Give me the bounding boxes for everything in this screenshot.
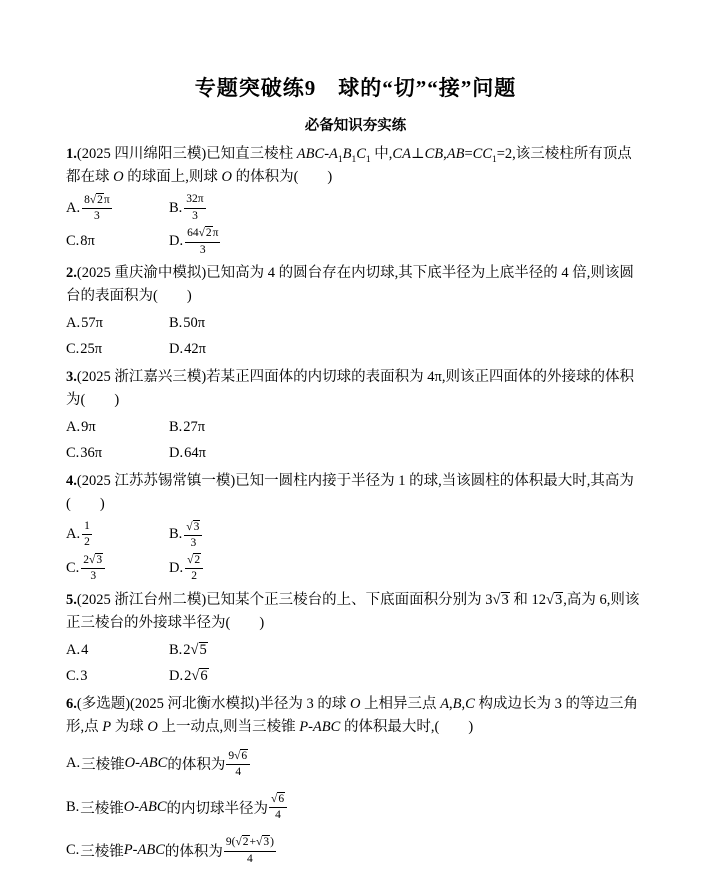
- option-label: B.: [169, 419, 182, 436]
- sqrt-expression: √2: [187, 553, 201, 567]
- option-row: A.4B.2√5: [66, 639, 645, 662]
- option-value: 64√2π3: [184, 226, 221, 256]
- option-value: 25π: [80, 341, 102, 358]
- option-label: A.: [66, 526, 80, 543]
- radical-sign: √: [191, 668, 199, 685]
- problem-source: (2025 江苏苏锡常镇一模): [77, 473, 235, 489]
- fraction: 9(√2+√3)4: [224, 835, 276, 865]
- sqrt-expression: √3: [256, 835, 270, 849]
- problem-number: 1.: [66, 146, 77, 162]
- option-B: B.三棱锥 O-ABC 的内切球半径为√64: [66, 792, 169, 822]
- sqrt-expression: √2: [90, 193, 104, 207]
- option-row: A.12B.√33: [66, 520, 645, 550]
- radicand: 2: [205, 226, 213, 240]
- fraction: √33: [184, 520, 202, 550]
- fraction-denominator: 3: [184, 209, 205, 223]
- math-variable: B: [343, 146, 352, 162]
- math-subscript: 1: [366, 155, 371, 165]
- radicand: 3: [193, 520, 201, 534]
- option-value: √33: [183, 520, 203, 550]
- radical-sign: √: [191, 642, 199, 659]
- option-value: 4: [81, 642, 88, 659]
- option-A: A.8√2π3: [66, 193, 169, 223]
- option-C: C.25π: [66, 341, 169, 358]
- question-text: 1.(2025 四川绵阳三模)已知直三棱柱 ABC-A1B1C1 中,CA⊥CB…: [66, 143, 645, 190]
- option-label: A.: [66, 419, 80, 436]
- radicand: 2: [242, 835, 250, 849]
- option-value: 8π: [80, 233, 95, 250]
- option-label: C.: [66, 842, 79, 859]
- option-label: A.: [66, 642, 80, 659]
- option-label: B.: [169, 526, 182, 543]
- worksheet: { "page": { "title": "专题突破练9 球的“切”“接”问题"…: [0, 0, 701, 878]
- option-value: 三棱锥 O-ABC 的体积为9√64: [81, 749, 251, 779]
- radicand: 2: [193, 553, 201, 567]
- fraction-numerator: 8√2π: [82, 193, 112, 209]
- math-variable: B: [453, 696, 462, 712]
- radicand: 3: [554, 592, 563, 609]
- fraction: √22: [185, 553, 203, 583]
- option-B: B.50π: [169, 315, 205, 332]
- option-D: D.64π: [169, 445, 206, 462]
- option-row: A.9πB.27π: [66, 416, 645, 439]
- option-value: 8√2π3: [81, 193, 113, 223]
- problem-2: 2.(2025 重庆渝中模拟)已知高为 4 的圆台存在内切球,其下底半径为上底半…: [66, 262, 645, 361]
- fraction-numerator: √6: [269, 792, 287, 808]
- math-subscript: 1: [492, 155, 497, 165]
- option-B: B.√33: [169, 520, 203, 550]
- option-label: B.: [169, 315, 182, 332]
- fraction-denominator: 3: [185, 243, 220, 257]
- radicand: 2: [96, 193, 104, 207]
- sqrt-expression: √6: [234, 749, 248, 763]
- section-subtitle: 必备知识夯实练: [66, 114, 645, 135]
- math-variable: O: [124, 799, 134, 816]
- math-variable: ABC: [138, 842, 165, 859]
- option-label: B.: [169, 200, 182, 217]
- fraction: 9√64: [226, 749, 250, 779]
- fraction-numerator: 32π: [184, 193, 205, 208]
- option-row: C.8πD.64√2π3: [66, 226, 645, 256]
- problem-6: 6.(多选题)(2025 河北衡水模拟)半径为 3 的球 O 上相异三点 A,B…: [66, 693, 645, 866]
- fraction-numerator: √3: [184, 520, 202, 536]
- option-value: 2√6: [184, 668, 208, 685]
- option-C: C.2√33: [66, 553, 169, 583]
- fraction-denominator: 3: [184, 536, 202, 550]
- options: A.57πB.50πC.25πD.42π: [66, 312, 645, 361]
- option-row: C.三棱锥 P-ABC 的体积为9(√2+√3)4: [66, 835, 645, 865]
- options: A.12B.√33C.2√33D.√22: [66, 520, 645, 584]
- option-row: B.三棱锥 O-ABC 的内切球半径为√64: [66, 792, 645, 822]
- radicand: 6: [199, 668, 208, 685]
- option-A: A.三棱锥 O-ABC 的体积为9√64: [66, 749, 169, 779]
- problem-number: 6.: [66, 696, 77, 712]
- fraction: 12: [82, 520, 92, 549]
- math-variable: P: [299, 719, 308, 735]
- fraction: 32π3: [184, 193, 205, 222]
- problem-source: (2025 四川绵阳三模): [77, 146, 206, 162]
- option-value: 50π: [183, 315, 205, 332]
- problem-list: 1.(2025 四川绵阳三模)已知直三棱柱 ABC-A1B1C1 中,CA⊥CB…: [66, 143, 645, 866]
- fraction-denominator: 2: [82, 535, 92, 549]
- option-label: C.: [66, 445, 79, 462]
- math-variable: P: [102, 719, 111, 735]
- option-label: D.: [169, 560, 183, 577]
- option-D: D.64√2π3: [169, 226, 221, 256]
- fraction-denominator: 2: [185, 569, 203, 583]
- option-label: B.: [66, 799, 79, 816]
- sqrt-expression: √3: [186, 520, 200, 534]
- option-B: B.27π: [169, 419, 205, 436]
- option-row: C.36πD.64π: [66, 442, 645, 465]
- sqrt-expression: √6: [191, 668, 208, 685]
- radicand: 3: [501, 592, 510, 609]
- option-value: 三棱锥 P-ABC 的体积为9(√2+√3)4: [80, 835, 277, 865]
- option-label: D.: [169, 233, 183, 250]
- fraction-numerator: 9(√2+√3): [224, 835, 276, 851]
- sqrt-expression: √3: [89, 553, 103, 567]
- option-value: 64π: [184, 445, 206, 462]
- radical-sign: √: [493, 589, 501, 612]
- sqrt-expression: √5: [191, 642, 208, 659]
- fraction: 8√2π3: [82, 193, 112, 223]
- problem-source: (2025 浙江台州二模): [77, 592, 206, 608]
- math-variable: ABC: [297, 146, 324, 162]
- sqrt-expression: √2: [235, 835, 249, 849]
- option-value: 2√5: [183, 642, 207, 659]
- option-value: 27π: [183, 419, 205, 436]
- fraction-denominator: 3: [81, 569, 105, 583]
- option-label: C.: [66, 668, 79, 685]
- option-row: A.57πB.50π: [66, 312, 645, 335]
- sqrt-expression: √6: [271, 792, 285, 806]
- option-A: A.57π: [66, 315, 169, 332]
- sqrt-expression: √3: [546, 589, 563, 612]
- option-D: D.√22: [169, 553, 204, 583]
- option-label: D.: [169, 341, 183, 358]
- radicand: 5: [199, 642, 208, 659]
- option-label: A.: [66, 200, 80, 217]
- problem-number: 2.: [66, 265, 77, 281]
- math-variable: C: [465, 696, 475, 712]
- option-label: C.: [66, 560, 79, 577]
- question-text: 6.(多选题)(2025 河北衡水模拟)半径为 3 的球 O 上相异三点 A,B…: [66, 693, 645, 740]
- problem-source: (2025 浙江嘉兴三模): [77, 369, 206, 385]
- option-value: 9π: [81, 419, 96, 436]
- math-variable: A: [440, 696, 449, 712]
- radicand: 3: [95, 553, 103, 567]
- math-variable: ABC: [139, 799, 166, 816]
- option-B: B.2√5: [169, 642, 208, 659]
- fraction: 2√33: [81, 553, 105, 583]
- fraction-denominator: 4: [226, 765, 250, 779]
- option-label: C.: [66, 233, 79, 250]
- problem-source: (多选题)(2025 河北衡水模拟): [77, 696, 259, 712]
- problem-4: 4.(2025 江苏苏锡常镇一模)已知一圆柱内接于半径为 1 的球,当该圆柱的体…: [66, 470, 645, 584]
- question-text: 2.(2025 重庆渝中模拟)已知高为 4 的圆台存在内切球,其下底半径为上底半…: [66, 262, 645, 309]
- math-variable: P: [124, 842, 133, 859]
- option-B: B.32π3: [169, 193, 207, 222]
- options: A.9πB.27πC.36πD.64π: [66, 416, 645, 465]
- problem-number: 3.: [66, 369, 77, 385]
- option-row: C.25πD.42π: [66, 338, 645, 361]
- radicand: 3: [262, 835, 270, 849]
- option-row: A.8√2π3B.32π3: [66, 193, 645, 223]
- options: A.4B.2√5C.3D.2√6: [66, 639, 645, 688]
- fraction-denominator: 4: [224, 852, 276, 866]
- sqrt-expression: √2: [199, 226, 213, 240]
- fraction-numerator: 64√2π: [185, 226, 220, 242]
- option-value: 12: [81, 520, 93, 549]
- option-value: 2√33: [80, 553, 106, 583]
- problem-source: (2025 重庆渝中模拟): [77, 265, 206, 281]
- math-variable: A: [329, 146, 338, 162]
- option-label: A.: [66, 315, 80, 332]
- worksheet-page: 专题突破练9 球的“切”“接”问题 必备知识夯实练 1.(2025 四川绵阳三模…: [0, 0, 701, 866]
- option-value: 42π: [184, 341, 206, 358]
- options: A.8√2π3B.32π3C.8πD.64√2π3: [66, 193, 645, 257]
- fraction-denominator: 4: [269, 808, 287, 822]
- page-title: 专题突破练9 球的“切”“接”问题: [66, 72, 645, 102]
- option-C: C.3: [66, 668, 169, 685]
- option-value: 三棱锥 O-ABC 的内切球半径为√64: [80, 792, 288, 822]
- option-label: D.: [169, 668, 183, 685]
- fraction: 64√2π3: [185, 226, 220, 256]
- fraction-numerator: 1: [82, 520, 92, 535]
- option-C: C.36π: [66, 445, 169, 462]
- option-row: C.3D.2√6: [66, 665, 645, 688]
- option-D: D.2√6: [169, 668, 209, 685]
- option-label: B.: [169, 642, 182, 659]
- problem-3: 3.(2025 浙江嘉兴三模)若某正四面体的内切球的表面积为 4π,则该正四面体…: [66, 366, 645, 465]
- math-variable: O: [113, 169, 123, 185]
- problem-5: 5.(2025 浙江台州二模)已知某个正三棱台的上、下底面面积分别为 3√3 和…: [66, 589, 645, 688]
- option-C: C.三棱锥 P-ABC 的体积为9(√2+√3)4: [66, 835, 169, 865]
- math-variable: O: [221, 169, 231, 185]
- math-variable: AB: [447, 146, 465, 162]
- option-value: 3: [80, 668, 87, 685]
- options: A.三棱锥 O-ABC 的体积为9√64B.三棱锥 O-ABC 的内切球半径为√…: [66, 749, 645, 866]
- problem-1: 1.(2025 四川绵阳三模)已知直三棱柱 ABC-A1B1C1 中,CA⊥CB…: [66, 143, 645, 257]
- math-variable: O: [125, 755, 135, 772]
- option-row: C.2√33D.√22: [66, 553, 645, 583]
- fraction: √64: [269, 792, 287, 822]
- math-variable: ABC: [140, 755, 167, 772]
- option-D: D.42π: [169, 341, 206, 358]
- question-text: 3.(2025 浙江嘉兴三模)若某正四面体的内切球的表面积为 4π,则该正四面体…: [66, 366, 645, 413]
- question-text: 4.(2025 江苏苏锡常镇一模)已知一圆柱内接于半径为 1 的球,当该圆柱的体…: [66, 470, 645, 517]
- option-label: D.: [169, 445, 183, 462]
- option-value: √22: [184, 553, 204, 583]
- option-value: 32π3: [183, 193, 206, 222]
- math-variable: CC: [473, 146, 492, 162]
- option-A: A.4: [66, 642, 169, 659]
- radicand: 6: [277, 792, 285, 806]
- sqrt-expression: √3: [493, 589, 510, 612]
- option-label: A.: [66, 755, 80, 772]
- fraction-numerator: √2: [185, 553, 203, 569]
- option-C: C.8π: [66, 233, 169, 250]
- problem-number: 5.: [66, 592, 77, 608]
- math-variable: CB: [425, 146, 444, 162]
- math-variable: ABC: [313, 719, 340, 735]
- option-value: 36π: [80, 445, 102, 462]
- fraction-numerator: 9√6: [226, 749, 250, 765]
- option-A: A.12: [66, 520, 169, 549]
- option-row: A.三棱锥 O-ABC 的体积为9√64: [66, 749, 645, 779]
- option-A: A.9π: [66, 419, 169, 436]
- question-text: 5.(2025 浙江台州二模)已知某个正三棱台的上、下底面面积分别为 3√3 和…: [66, 589, 645, 636]
- radicand: 6: [240, 749, 248, 763]
- math-variable: CA: [392, 146, 411, 162]
- math-variable: C: [356, 146, 366, 162]
- radical-sign: √: [546, 589, 554, 612]
- math-variable: O: [350, 696, 360, 712]
- problem-number: 4.: [66, 473, 77, 489]
- fraction-denominator: 3: [82, 209, 112, 223]
- option-label: C.: [66, 341, 79, 358]
- math-variable: O: [147, 719, 157, 735]
- fraction-numerator: 2√3: [81, 553, 105, 569]
- option-value: 57π: [81, 315, 103, 332]
